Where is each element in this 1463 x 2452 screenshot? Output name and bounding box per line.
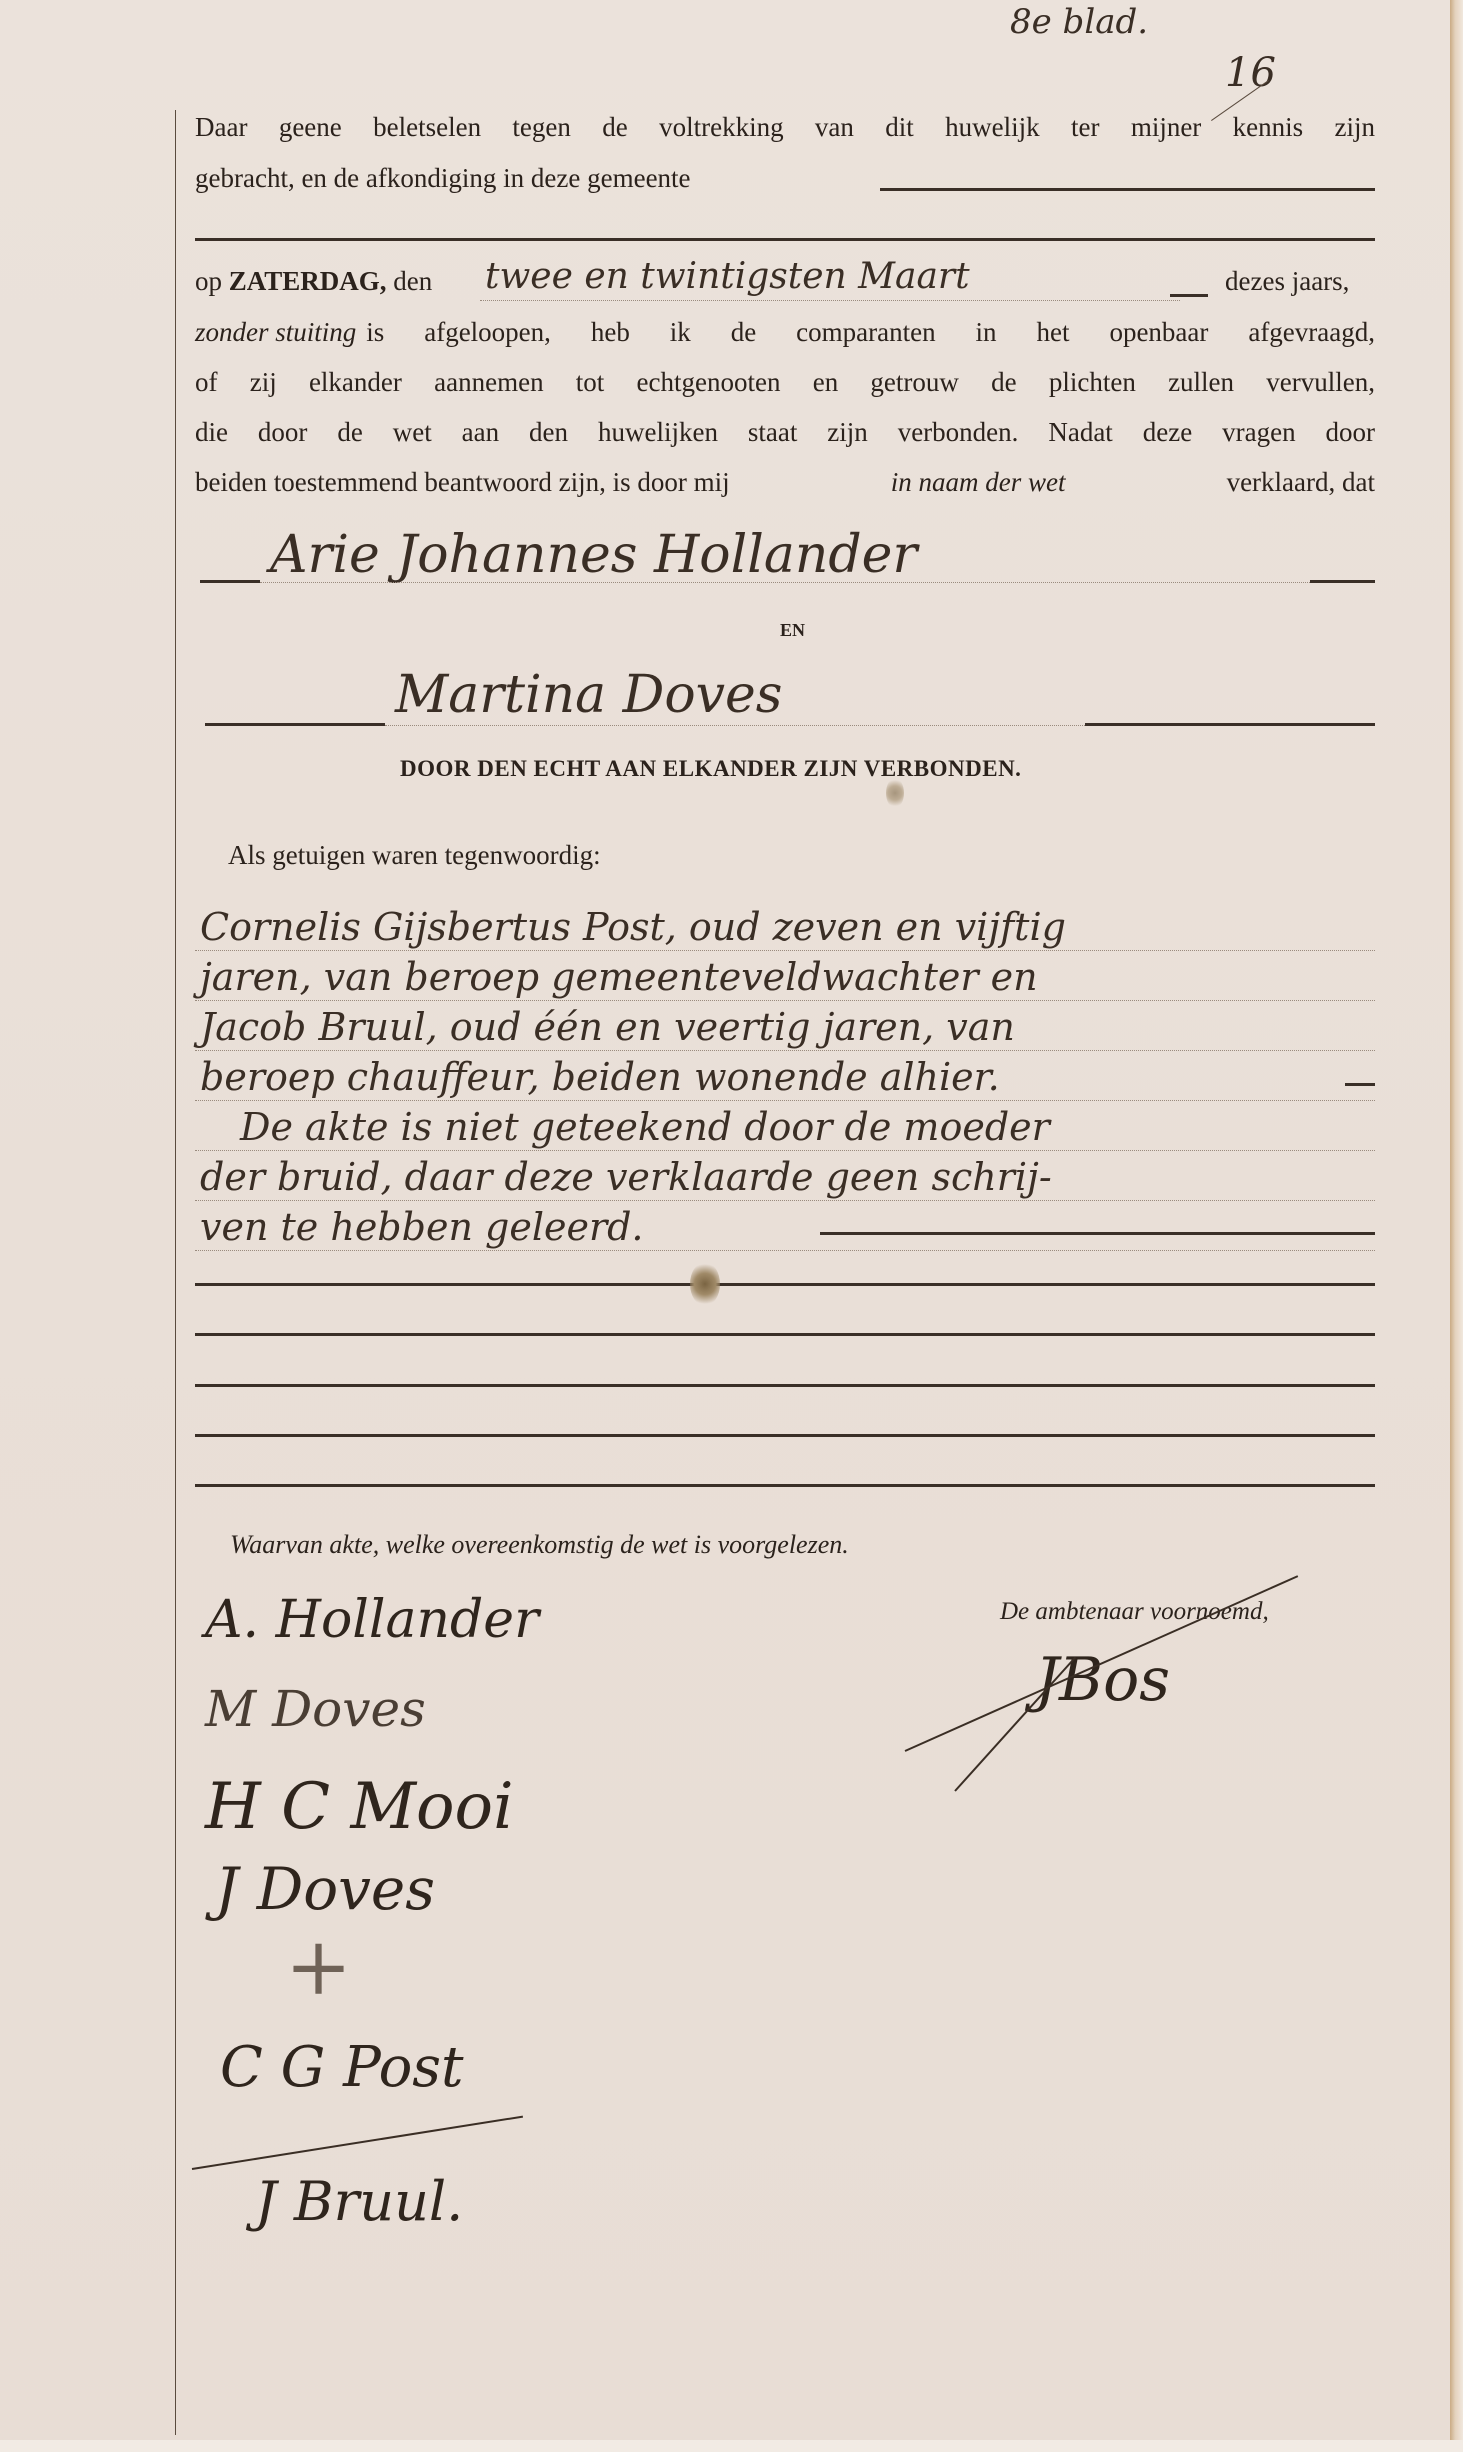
witnesses-label: Als getuigen waren tegenwoordig:	[228, 840, 601, 871]
sheet-note: 8e blad.	[1010, 2, 1148, 42]
witness-end-dash	[1345, 1083, 1375, 1086]
groom-lead-dash	[200, 580, 260, 583]
paragraph1-line2: gebracht, en de afkondiging in deze geme…	[195, 163, 691, 194]
date-dash	[1170, 294, 1208, 297]
weekday: ZATERDAG,	[229, 266, 387, 296]
bride-trail-dash	[1085, 723, 1375, 726]
page-number: 16	[1225, 50, 1276, 96]
page-bottom-edge	[0, 2440, 1463, 2452]
witness-line: jaren, van beroep gemeenteveldwachter en	[200, 955, 1038, 999]
paragraph2-line2: zonder stuiting is afgeloopen, heb ik de…	[195, 317, 1375, 348]
ink-stain	[886, 778, 904, 808]
signature-witness-post: C G Post	[220, 2035, 464, 2100]
paragraph2-line3: of zij elkander aannemen tot echtgenoote…	[195, 367, 1375, 398]
paragraph2-line5-start: beiden toestemmend beantwoord zijn, is d…	[195, 467, 730, 498]
witness-dotted-line	[195, 1100, 1375, 1101]
signature-bride: M Doves	[205, 1680, 426, 1738]
marriage-declaration: DOOR DEN ECHT AAN ELKANDER ZIJN VERBONDE…	[400, 756, 1021, 782]
remark-line: ven te hebben geleerd.	[200, 1205, 644, 1249]
margin-line	[175, 110, 176, 2435]
municipality-blank-rule	[880, 188, 1375, 191]
word-op: op	[195, 266, 222, 296]
signature-mark-cross: +	[285, 1920, 352, 2013]
signature-witness-bruul: J Bruul.	[255, 2170, 463, 2233]
witness-line: beroep chauffeur, beiden wonende alhier.	[200, 1055, 1000, 1099]
paragraph2-line5: beiden toestemmend beantwoord zijn, is d…	[195, 467, 1375, 498]
official-label: De ambtenaar voornoemd,	[1000, 1598, 1269, 1626]
in-naam-der-wet: in naam der wet	[891, 467, 1066, 498]
paragraph2-line2-rest: is afgeloopen, heb ik de comparanten in …	[366, 317, 1375, 348]
witness-dotted-line	[195, 950, 1375, 951]
word-den: den	[393, 266, 432, 296]
date-suffix: dezes jaars,	[1225, 266, 1349, 297]
paragraph1-line1-text: Daar geene beletselen tegen de voltrekki…	[195, 112, 1375, 143]
paragraph2-line3-text: of zij elkander aannemen tot echtgenoote…	[195, 367, 1375, 398]
zonder-stuiting: zonder stuiting	[195, 317, 356, 348]
groom-dotted-line	[260, 582, 1310, 583]
connector-en: EN	[780, 620, 805, 641]
blank-rule	[195, 1384, 1375, 1387]
witness-line: Jacob Bruul, oud één en veertig jaren, v…	[200, 1005, 1015, 1049]
witness-dotted-line	[195, 1250, 1375, 1251]
bride-lead-dash	[205, 723, 385, 726]
groom-trail-dash	[1310, 580, 1375, 583]
remark-line: De akte is niet geteekend door de moeder	[240, 1105, 1050, 1149]
signature-groom: A. Hollander	[205, 1590, 539, 1650]
section-rule	[195, 238, 1375, 241]
blank-rule	[195, 1283, 1375, 1286]
blank-rule	[195, 1484, 1375, 1487]
witness-dotted-line	[195, 1150, 1375, 1151]
witness-dotted-line	[195, 1000, 1375, 1001]
blank-rule	[195, 1434, 1375, 1437]
remark-line: der bruid, daar deze verklaarde geen sch…	[200, 1155, 1052, 1199]
date-dotted-line	[480, 300, 1180, 301]
page-edge	[1450, 0, 1463, 2452]
bride-name: Martina Doves	[395, 665, 783, 725]
groom-name: Arie Johannes Hollander	[270, 525, 917, 585]
remark-end-rule	[820, 1232, 1375, 1235]
marriage-date-handwritten: twee en twintigsten Maart	[485, 256, 970, 297]
bride-dotted-line	[385, 725, 1085, 726]
paragraph1-line1: Daar geene beletselen tegen de voltrekki…	[195, 112, 1375, 143]
ink-stain	[690, 1262, 720, 1306]
blank-rule	[195, 1333, 1375, 1336]
witness-dotted-line	[195, 1200, 1375, 1201]
witness-dotted-line	[195, 1050, 1375, 1051]
paragraph2-line5-end: verklaard, dat	[1227, 467, 1375, 498]
paragraph2-line4: die door de wet aan den huwelijken staat…	[195, 417, 1375, 448]
paragraph2-line4-text: die door de wet aan den huwelijken staat…	[195, 417, 1375, 448]
signature-father: H C Mooi	[205, 1770, 514, 1844]
signature-parent: J Doves	[215, 1855, 435, 1923]
closing-statement: Waarvan akte, welke overeenkomstig de we…	[230, 1530, 849, 1560]
witness-line: Cornelis Gijsbertus Post, oud zeven en v…	[200, 905, 1066, 949]
